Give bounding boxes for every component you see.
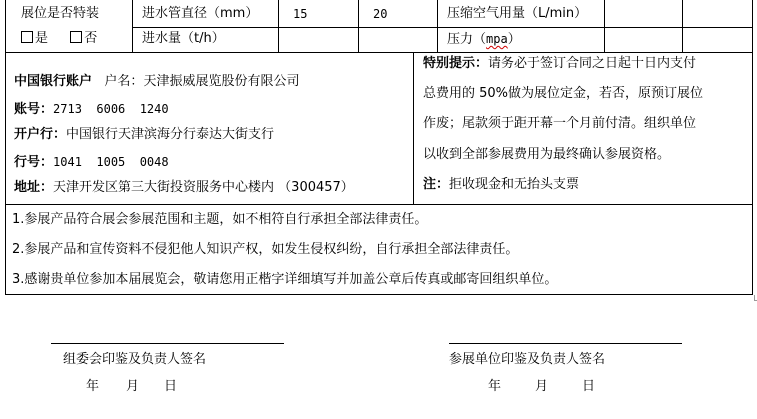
organizer-date-year: 年 — [86, 379, 99, 395]
row-divider — [5, 52, 753, 53]
water-pipe-value-1[interactable]: 15 — [293, 6, 307, 22]
notice-line-1: 特别提示：请务必于签订合同之日起十日内支付 — [423, 56, 696, 72]
special-booth-options: 是 否 — [21, 31, 97, 47]
pressure-label-suffix: ） — [508, 32, 521, 47]
organizer-signature-label: 组委会印鉴及负责人签名 — [63, 352, 206, 368]
organizer-signature-line[interactable] — [51, 343, 284, 344]
col-divider — [604, 0, 605, 52]
water-pipe-value-2[interactable]: 20 — [373, 6, 387, 22]
address-label: 地址： — [14, 180, 53, 195]
col-divider — [682, 0, 683, 52]
exhibitor-signature-line[interactable] — [449, 343, 682, 344]
bank-label: 开户行： — [14, 127, 66, 142]
bank-line: 开户行：中国银行天津滨海分行泰达大街支行 — [14, 127, 274, 143]
account-no-label: 账号： — [14, 102, 53, 117]
water-flow-label: 进水量（t/h） — [142, 31, 225, 47]
organizer-date-month: 月 — [126, 379, 139, 395]
table-left-border — [5, 0, 6, 295]
table-bottom-border — [5, 294, 753, 295]
pressure-label: 压力（mpa） — [447, 31, 521, 48]
no-checkbox[interactable] — [70, 31, 82, 43]
section-divider — [413, 52, 414, 205]
bank-code: 1041 1005 0048 — [53, 155, 169, 169]
row-divider — [132, 27, 753, 28]
account-name-label: 户名： — [104, 74, 143, 89]
account-name-line: 中国银行账户 户名：天津振威展览股份有限公司 — [14, 74, 299, 90]
bank-code-label: 行号： — [14, 155, 53, 170]
notice-line-3: 作废；尾款须于距开幕一个月前付清。组织单位 — [423, 116, 696, 132]
exhibitor-signature-label: 参展单位印鉴及负责人签名 — [449, 352, 605, 368]
row-divider — [5, 204, 753, 205]
organizer-date-day: 日 — [164, 379, 177, 395]
notice-note-line: 注：拒收现金和无抬头支票 — [423, 177, 579, 193]
account-no: 2713 6006 1240 — [53, 102, 169, 116]
address-line: 地址：天津开发区第三大街投资服务中心楼内 （300457） — [14, 180, 354, 196]
notice-line-2: 总费用的 50%做为展位定金，若否，原预订展位 — [423, 86, 703, 102]
notice-line-4: 以收到全部参展费用为最终确认参展资格。 — [423, 147, 670, 163]
col-divider — [437, 0, 438, 52]
notice-text: 请务必于签订合同之日起十日内支付 — [488, 56, 696, 71]
postcode: （300457） — [278, 180, 354, 195]
pressure-label-prefix: 压力（ — [447, 32, 486, 47]
col-divider — [132, 0, 133, 52]
no-label: 否 — [84, 31, 97, 46]
note-text: 拒收现金和无抬头支票 — [449, 177, 579, 192]
account-name: 天津振威展览股份有限公司 — [143, 74, 299, 89]
bank-name: 中国银行天津滨海分行泰达大街支行 — [66, 127, 274, 142]
account-no-line: 账号：2713 6006 1240 — [14, 101, 169, 118]
compressed-air-label: 压缩空气用量（L/min） — [447, 6, 587, 22]
exhibitor-date-day: 日 — [582, 379, 595, 395]
yes-label: 是 — [35, 31, 48, 46]
water-pipe-diameter-label: 进水管直径（mm） — [142, 6, 258, 22]
term-item: 2.参展产品和宣传资料不侵犯他人知识产权，如发生侵权纠纷，自行承担全部法律责任。 — [12, 242, 518, 258]
yes-checkbox[interactable] — [21, 31, 33, 43]
col-divider — [278, 0, 279, 52]
address: 天津开发区第三大街投资服务中心楼内 — [53, 180, 274, 195]
bank-account-title: 中国银行账户 — [14, 74, 92, 89]
col-divider — [358, 0, 359, 52]
pressure-unit: mpa — [486, 32, 508, 46]
no-option[interactable]: 否 — [70, 31, 97, 46]
table-right-border — [752, 0, 753, 295]
term-item: 3.感谢贵单位参加本届展览会，敬请您用正楷字详细填写并加盖公章后传真或邮寄回组织… — [12, 272, 557, 288]
yes-option[interactable]: 是 — [21, 31, 48, 46]
exhibitor-date-year: 年 — [488, 379, 501, 395]
note-label: 注： — [423, 177, 449, 192]
notice-title: 特别提示： — [423, 56, 488, 71]
exhibitor-date-month: 月 — [535, 379, 548, 395]
special-booth-label: 展位是否特装 — [21, 6, 99, 22]
term-item: 1.参展产品符合展会参展范围和主题，如不相符自行承担全部法律责任。 — [12, 212, 427, 228]
bank-code-line: 行号：1041 1005 0048 — [14, 154, 169, 171]
